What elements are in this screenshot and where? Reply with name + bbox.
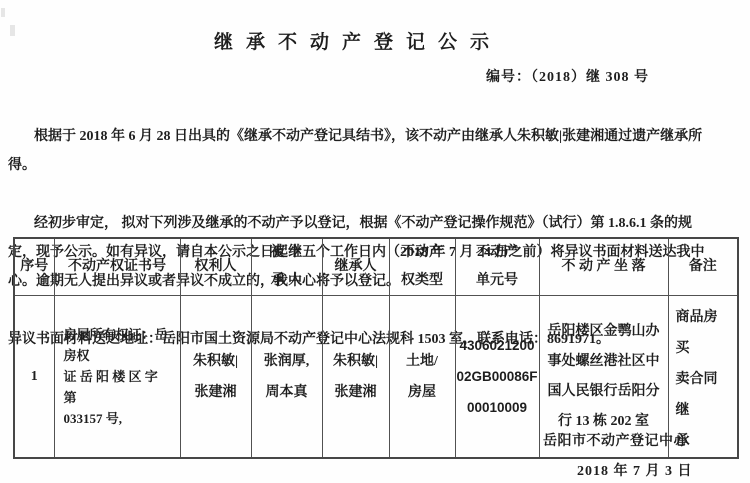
- cell-right-type: 土地/ 房屋: [389, 296, 455, 459]
- cell-right-holder: 朱积敏| 张建湘: [180, 296, 251, 459]
- cell-decedent: 张润厚, 周本真: [251, 296, 322, 459]
- issuer-name: 岳阳市不动产登记中心: [543, 430, 688, 450]
- col-header-unit-no: 不动产 单元号: [455, 238, 539, 296]
- table-header-row: 序号 不动产权证书号 权利人 被 继 承 人 继承人 不动产 权类型 不动产 单…: [14, 238, 738, 296]
- col-header-right-type: 不动产 权类型: [389, 238, 455, 296]
- col-header-remark: 备注: [668, 238, 738, 296]
- cell-seq: 1: [14, 296, 54, 459]
- col-header-heir: 继承人: [322, 238, 389, 296]
- col-header-seq: 序号: [14, 238, 54, 296]
- col-header-decedent: 被 继 承 人: [251, 238, 322, 296]
- paragraph-basis: 根据于 2018 年 6 月 28 日出具的《继承不动产登记具结书》，该不动产由…: [8, 122, 724, 180]
- issue-date: 2018 年 7 月 3 日: [577, 460, 693, 480]
- scan-artifact: [1, 8, 5, 17]
- col-header-right-holder: 权利人: [180, 238, 251, 296]
- col-header-cert-no: 不动产权证书号: [54, 238, 180, 296]
- notice-document: 继承不动产登记公示 编号：（2018）继 308 号 根据于 2018 年 6 …: [0, 0, 750, 483]
- page-title: 继承不动产登记公示: [0, 27, 716, 54]
- col-header-location: 不 动 产 坐 落: [539, 238, 668, 296]
- property-table: 序号 不动产权证书号 权利人 被 继 承 人 继承人 不动产 权类型 不动产 单…: [13, 237, 739, 459]
- cell-unit-no: 4306021200 02GB00086F 00010009: [455, 296, 539, 459]
- doc-number: 编号：（2018）继 308 号: [486, 66, 649, 86]
- cell-heir: 朱积敏| 张建湘: [322, 296, 389, 459]
- cell-cert-no: 房屋所有权证：岳房权 证 岳 阳 楼 区 字 第 033157 号,: [54, 296, 180, 459]
